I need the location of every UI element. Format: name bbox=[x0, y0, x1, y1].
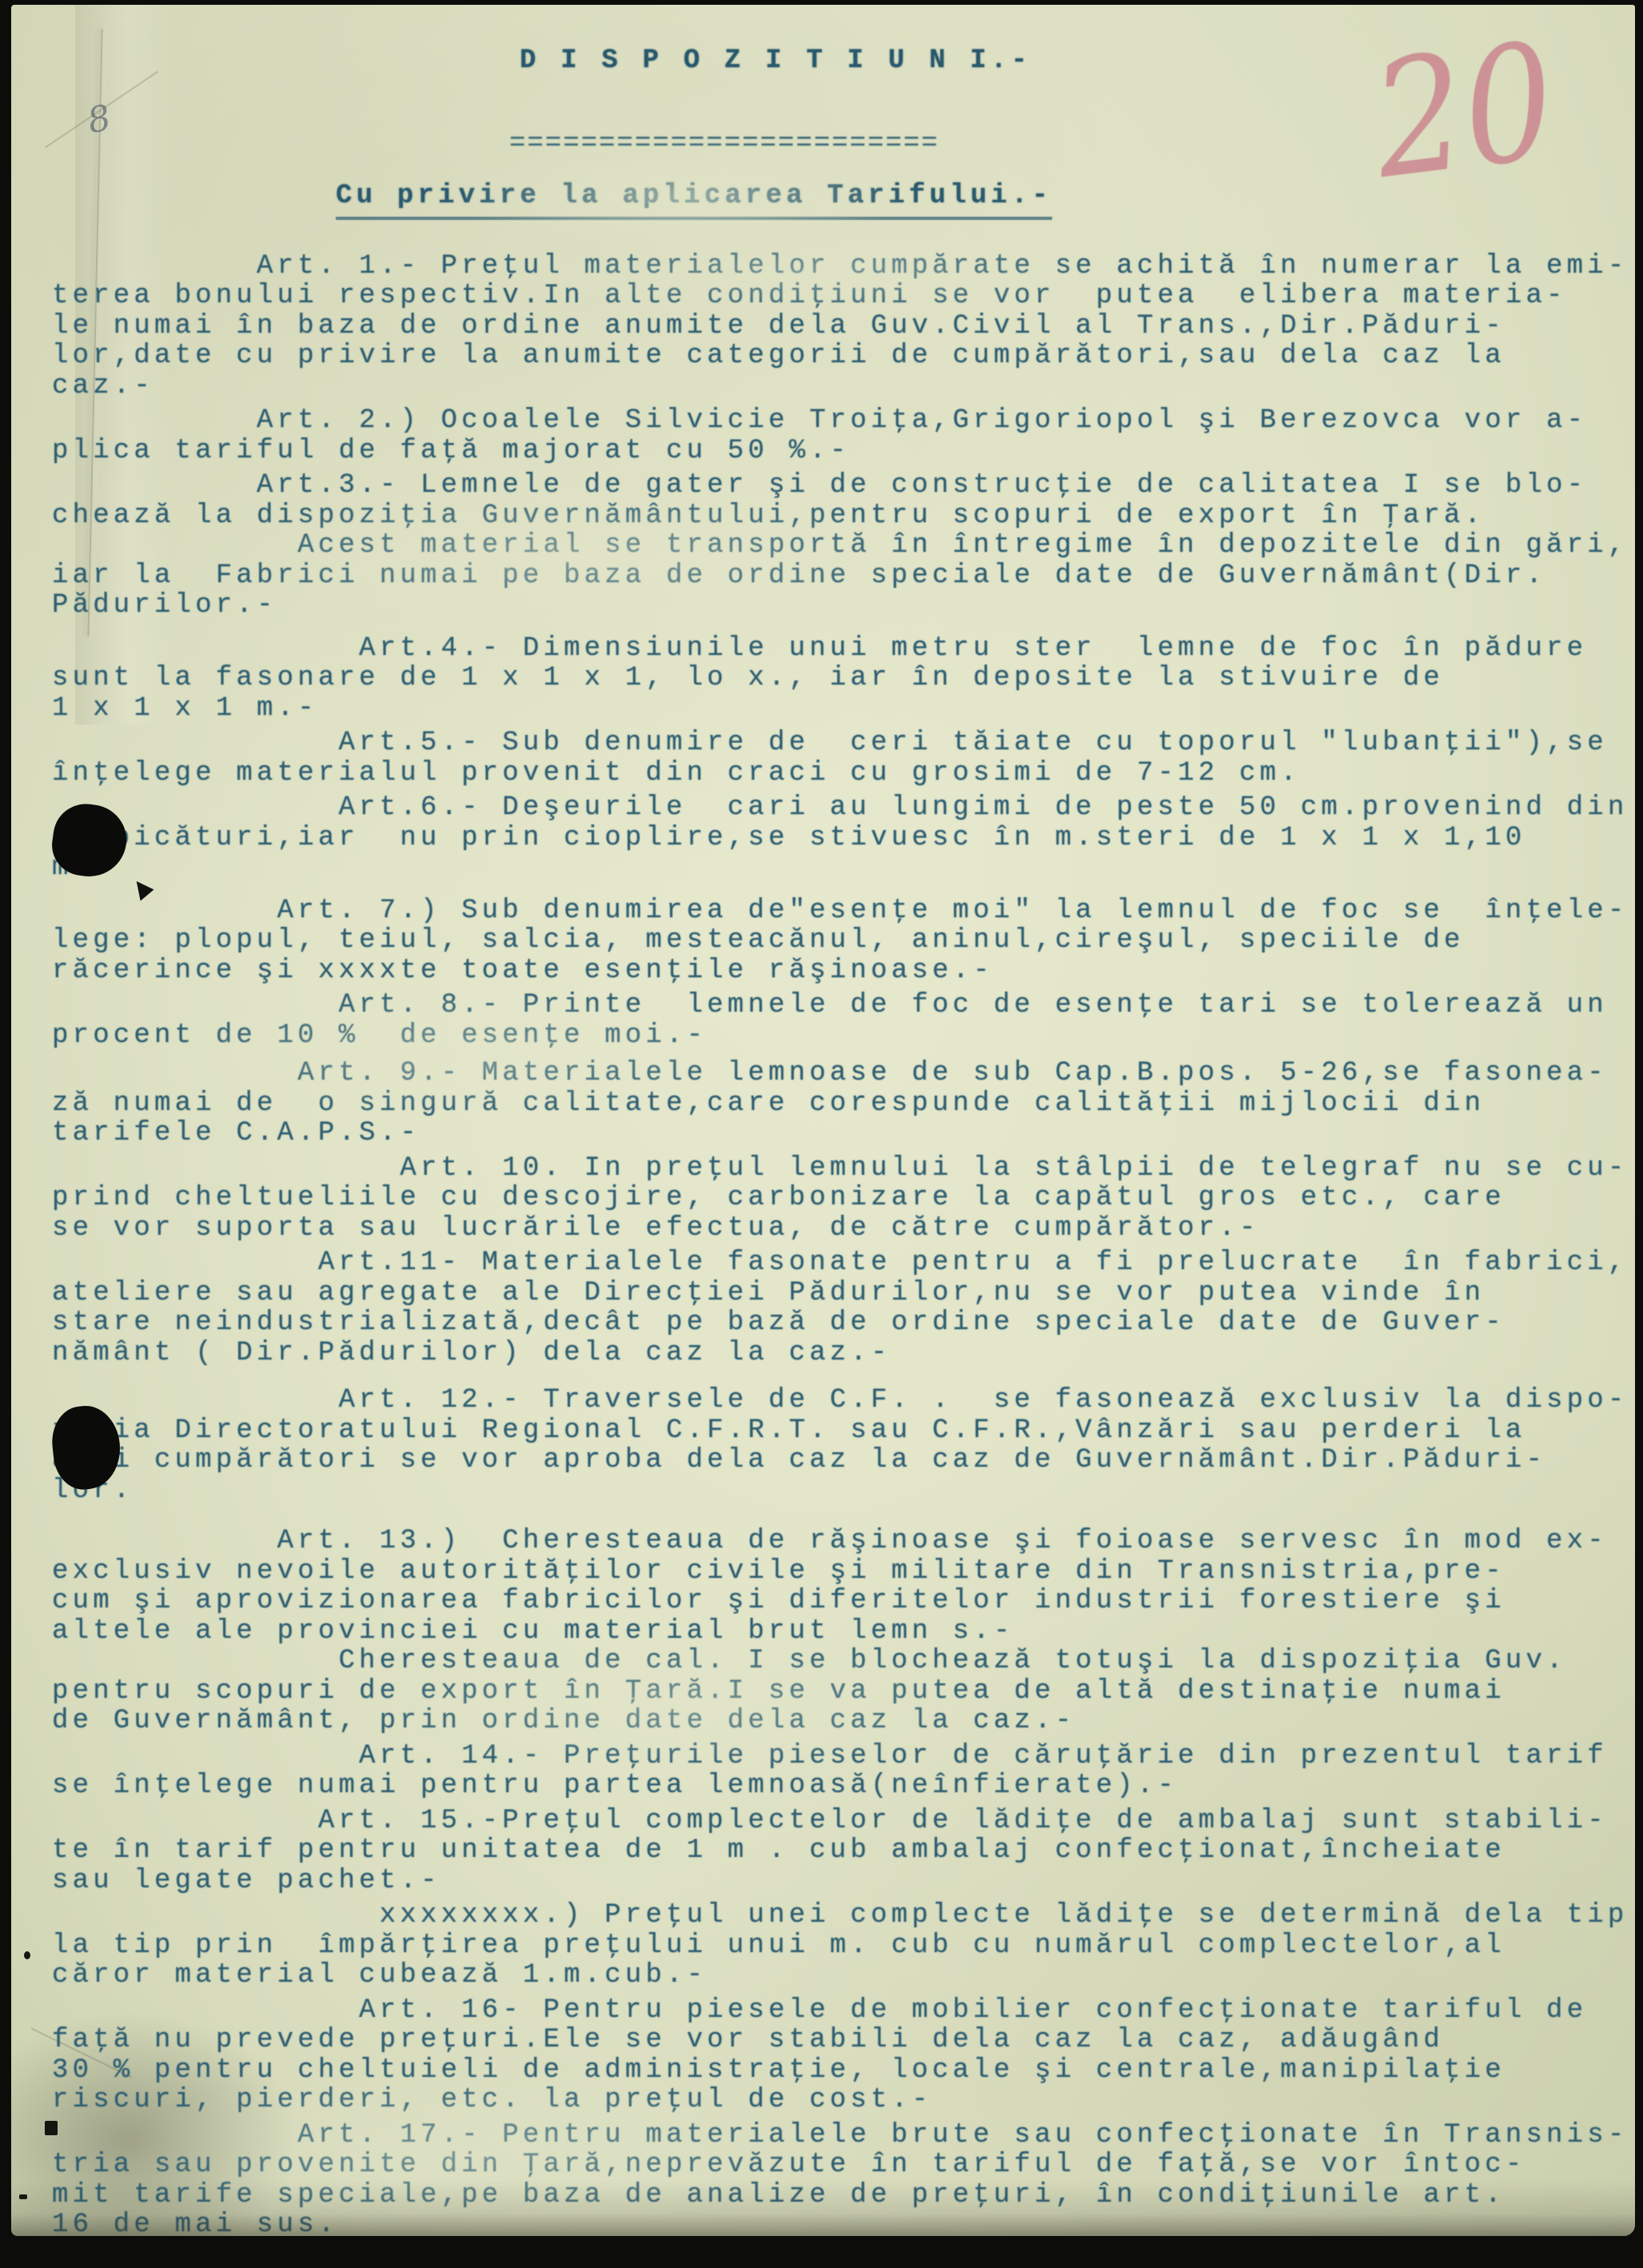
article-paragraph: Art.4.- Dimensiunile unui metru ster lem… bbox=[52, 634, 1629, 725]
document-body: Art. 1.- Preţul materialelor cumpărate s… bbox=[52, 252, 1629, 2237]
title-underline: ======================== bbox=[509, 130, 1629, 160]
article-paragraph: Art. 15.-Preţul complectelor de lădiţe d… bbox=[52, 1807, 1629, 1897]
article-paragraph: Art. 8.- Printe lemnele de foc de esenţe… bbox=[52, 991, 1629, 1051]
article-paragraph: Art. 7.) Sub denumirea de"esenţe moi" la… bbox=[52, 896, 1629, 987]
article-paragraph: Art. 17.- Pentru materialele brute sau c… bbox=[52, 2121, 1629, 2237]
article-paragraph: Art.11- Materialele fasonate pentru a fi… bbox=[52, 1248, 1629, 1368]
article-paragraph: xxxxxxxx.) Preţul unei complecte lădiţe … bbox=[52, 1901, 1629, 1991]
scanned-page: 8 20 D I S P O Z I T I U N I.- =========… bbox=[0, 0, 1643, 2268]
article-paragraph: Art. 14.- Preţurile pieselor de căruţări… bbox=[52, 1742, 1629, 1802]
article-paragraph: Art. 9.- Materialele lemnoase de sub Cap… bbox=[52, 1059, 1629, 1149]
article-paragraph: Art.3.- Lemnele de gater şi de construcţ… bbox=[52, 471, 1629, 621]
document-subtitle: Cu privire la aplicarea Tarifului.- bbox=[336, 182, 1052, 220]
article-paragraph: Art. 1.- Preţul materialelor cumpărate s… bbox=[52, 252, 1629, 402]
ink-speck bbox=[19, 2194, 27, 2199]
typewritten-content: D I S P O Z I T I U N I.- ==============… bbox=[52, 5, 1629, 2236]
article-paragraph: Art.5.- Sub denumire de ceri tăiate cu t… bbox=[52, 729, 1629, 789]
article-paragraph: Art.6.- Deşeurile cari au lungimi de pes… bbox=[52, 793, 1629, 884]
ink-speck bbox=[45, 2121, 58, 2135]
article-paragraph: Art. 13.) Cheresteaua de răşinoase şi fo… bbox=[52, 1527, 1629, 1737]
subtitle-row: Cu privire la aplicarea Tarifului.- bbox=[336, 182, 1629, 220]
article-paragraph: Art. 12.- Traversele de C.F. . se fasone… bbox=[52, 1386, 1629, 1506]
article-paragraph: Art. 2.) Ocoalele Silvicie Troiţa,Grigor… bbox=[52, 406, 1629, 466]
ink-speck bbox=[24, 1951, 30, 1959]
article-paragraph: Art. 10. In preţul lemnului la stâlpii d… bbox=[52, 1154, 1629, 1244]
article-paragraph: Art. 16- Pentru piesele de mobilier conf… bbox=[52, 1996, 1629, 2116]
paper-sheet: 8 20 D I S P O Z I T I U N I.- =========… bbox=[11, 5, 1635, 2236]
document-title: D I S P O Z I T I U N I.- bbox=[520, 46, 1629, 77]
